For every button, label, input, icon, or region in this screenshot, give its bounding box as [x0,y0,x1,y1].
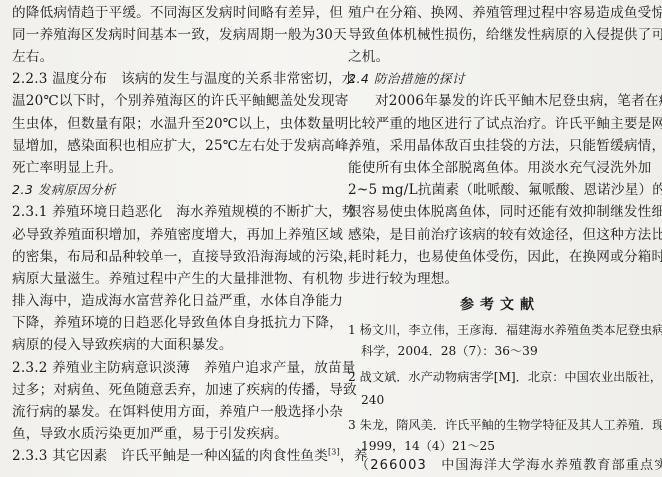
body-line: 同一养殖海区发病时间基本一致，发病周期一般为30天 [12,26,347,44]
body-line: 下降，养殖环境的日趋恶化导致鱼体自身抵抗力下降， [12,314,343,332]
body-line: 过多；对病鱼、死鱼随意丢弃，加速了疾病的传播，导致 [12,381,357,399]
body-line: 耗时耗力，也易使鱼体受伤，因此，在换网或分箱时同 [348,248,662,266]
body-line: 导致鱼体机械性损伤，给继发性病原的入侵提供了可乘 [348,26,662,44]
body-line: 之机。 [348,48,389,66]
body-line: 殖户在分箱、换网、养殖管理过程中容易造成鱼受惊吓， [348,4,662,22]
body-line: 必导致养殖面积增加，养殖密度增大，再加上养殖区域 [12,226,343,244]
reference-3-cont: 1999，14（4）21～25 [361,437,495,455]
body-line: 养殖，采用晶体敌百虫挂袋的方法，只能暂缓病情，不 [348,137,662,155]
body-text: 2.3.3 其它因素 许氏平鲉是一种凶猛的肉食性鱼类 [12,448,328,464]
body-line: 温20℃以下时，个别养殖海区的许氏平鲉鳃盖处发现寄 [12,92,349,110]
body-line: 排入海中，造成海水富营养化日益严重，水体自净能力 [12,292,343,310]
subsection-2-2-3: 2.2.3 温度分布 该病的发生与温度的关系非常密切，水 [12,70,356,88]
body-line: 鱼，导致水质污染更加严重，易于引发疾病。 [12,425,288,443]
body-line: 左右。 [12,48,53,66]
citation-marker: [3] [328,447,340,456]
subsection-2-3-2: 2.3.2 养殖业主防病意识淡薄 养殖户追求产量，放苗量 [12,359,356,377]
body-line: 病原的侵入导致疾病的大面积暴发。 [12,336,233,354]
body-line: 的密集，布局和品种较单一，直接导致沿海海域的污染， [12,248,357,266]
body-line: 很容易使虫体脱离鱼体，同时还能有效抑制继发性细菌 [348,203,662,221]
reference-1-cont: 科学，2004．28（7）：36～39 [361,342,538,360]
body-line: 的降低病情趋于平缓。不同海区发病时间略有差异，但 [12,4,343,22]
reference-2-cont: 240 [361,391,384,409]
body-line: 比较严重的地区进行了试点治疗。许氏平鲉主要是网箱 [348,115,662,133]
body-line: 感染，是目前治疗该病的较有效途径，但这种方法比较 [348,226,662,244]
journal-page: 的降低病情趋于平缓。不同海区发病时间略有差异，但 同一养殖海区发病时间基本一致，… [0,0,662,477]
body-line: 死亡率明显上升。 [12,159,122,177]
subsection-2-3-3: 2.3.3 其它因素 许氏平鲉是一种凶猛的肉食性鱼类[3]，养 [12,447,368,465]
section-heading-2-3: 2.3 发病原因分析 [12,181,116,199]
body-line: 流行病的暴发。在饵料使用方面，养殖户一般选择小杂 [12,403,343,421]
section-heading-2-4: 2.4 防治措施的探讨 [348,70,465,88]
reference-3: 3 朱龙，隋风美．许氏平鲉的生物学特征及其人工养殖．现代渔业信息， [348,416,662,434]
subsection-2-3-1: 2.3.1 养殖环境日趋恶化 海水养殖规模的不断扩大，势 [12,203,356,221]
body-line: 步进行较为理想。 [348,270,458,288]
body-line: 病原大量滋生。养殖过程中产生的大量排泄物、有机物 [12,270,343,288]
body-line: 生虫体，但数量有限；水温升至20℃以上，虫体数量明 [12,115,349,133]
author-affiliation: （266003 中国海洋大学海水养殖教育部重点实验室） [356,457,662,475]
references-heading: 参考文献 [348,294,652,314]
body-line: 能使所有虫体全部脱离鱼体。用淡水充气浸洗外加 [348,159,651,177]
reference-2: 2 战文斌．水产动物病害学[M]．北京：中国农业出版社，2004．238～ [348,368,662,386]
paragraph-start: 对2006年暴发的许氏平鲉木尼登虫病，笔者在病情 [375,92,662,110]
reference-1: 1 杨文川，李立伟，王彦海．福建海水养殖鱼类本尼登虫病[J]．海洋 [348,321,662,339]
body-line: 2~5 mg/L抗菌素（吡哌酸、氟哌酸、恩诺沙星）的方法 [348,181,662,199]
body-line: 显增加，感染面积也相应扩大，25℃左右处于发病高峰， [12,137,362,155]
